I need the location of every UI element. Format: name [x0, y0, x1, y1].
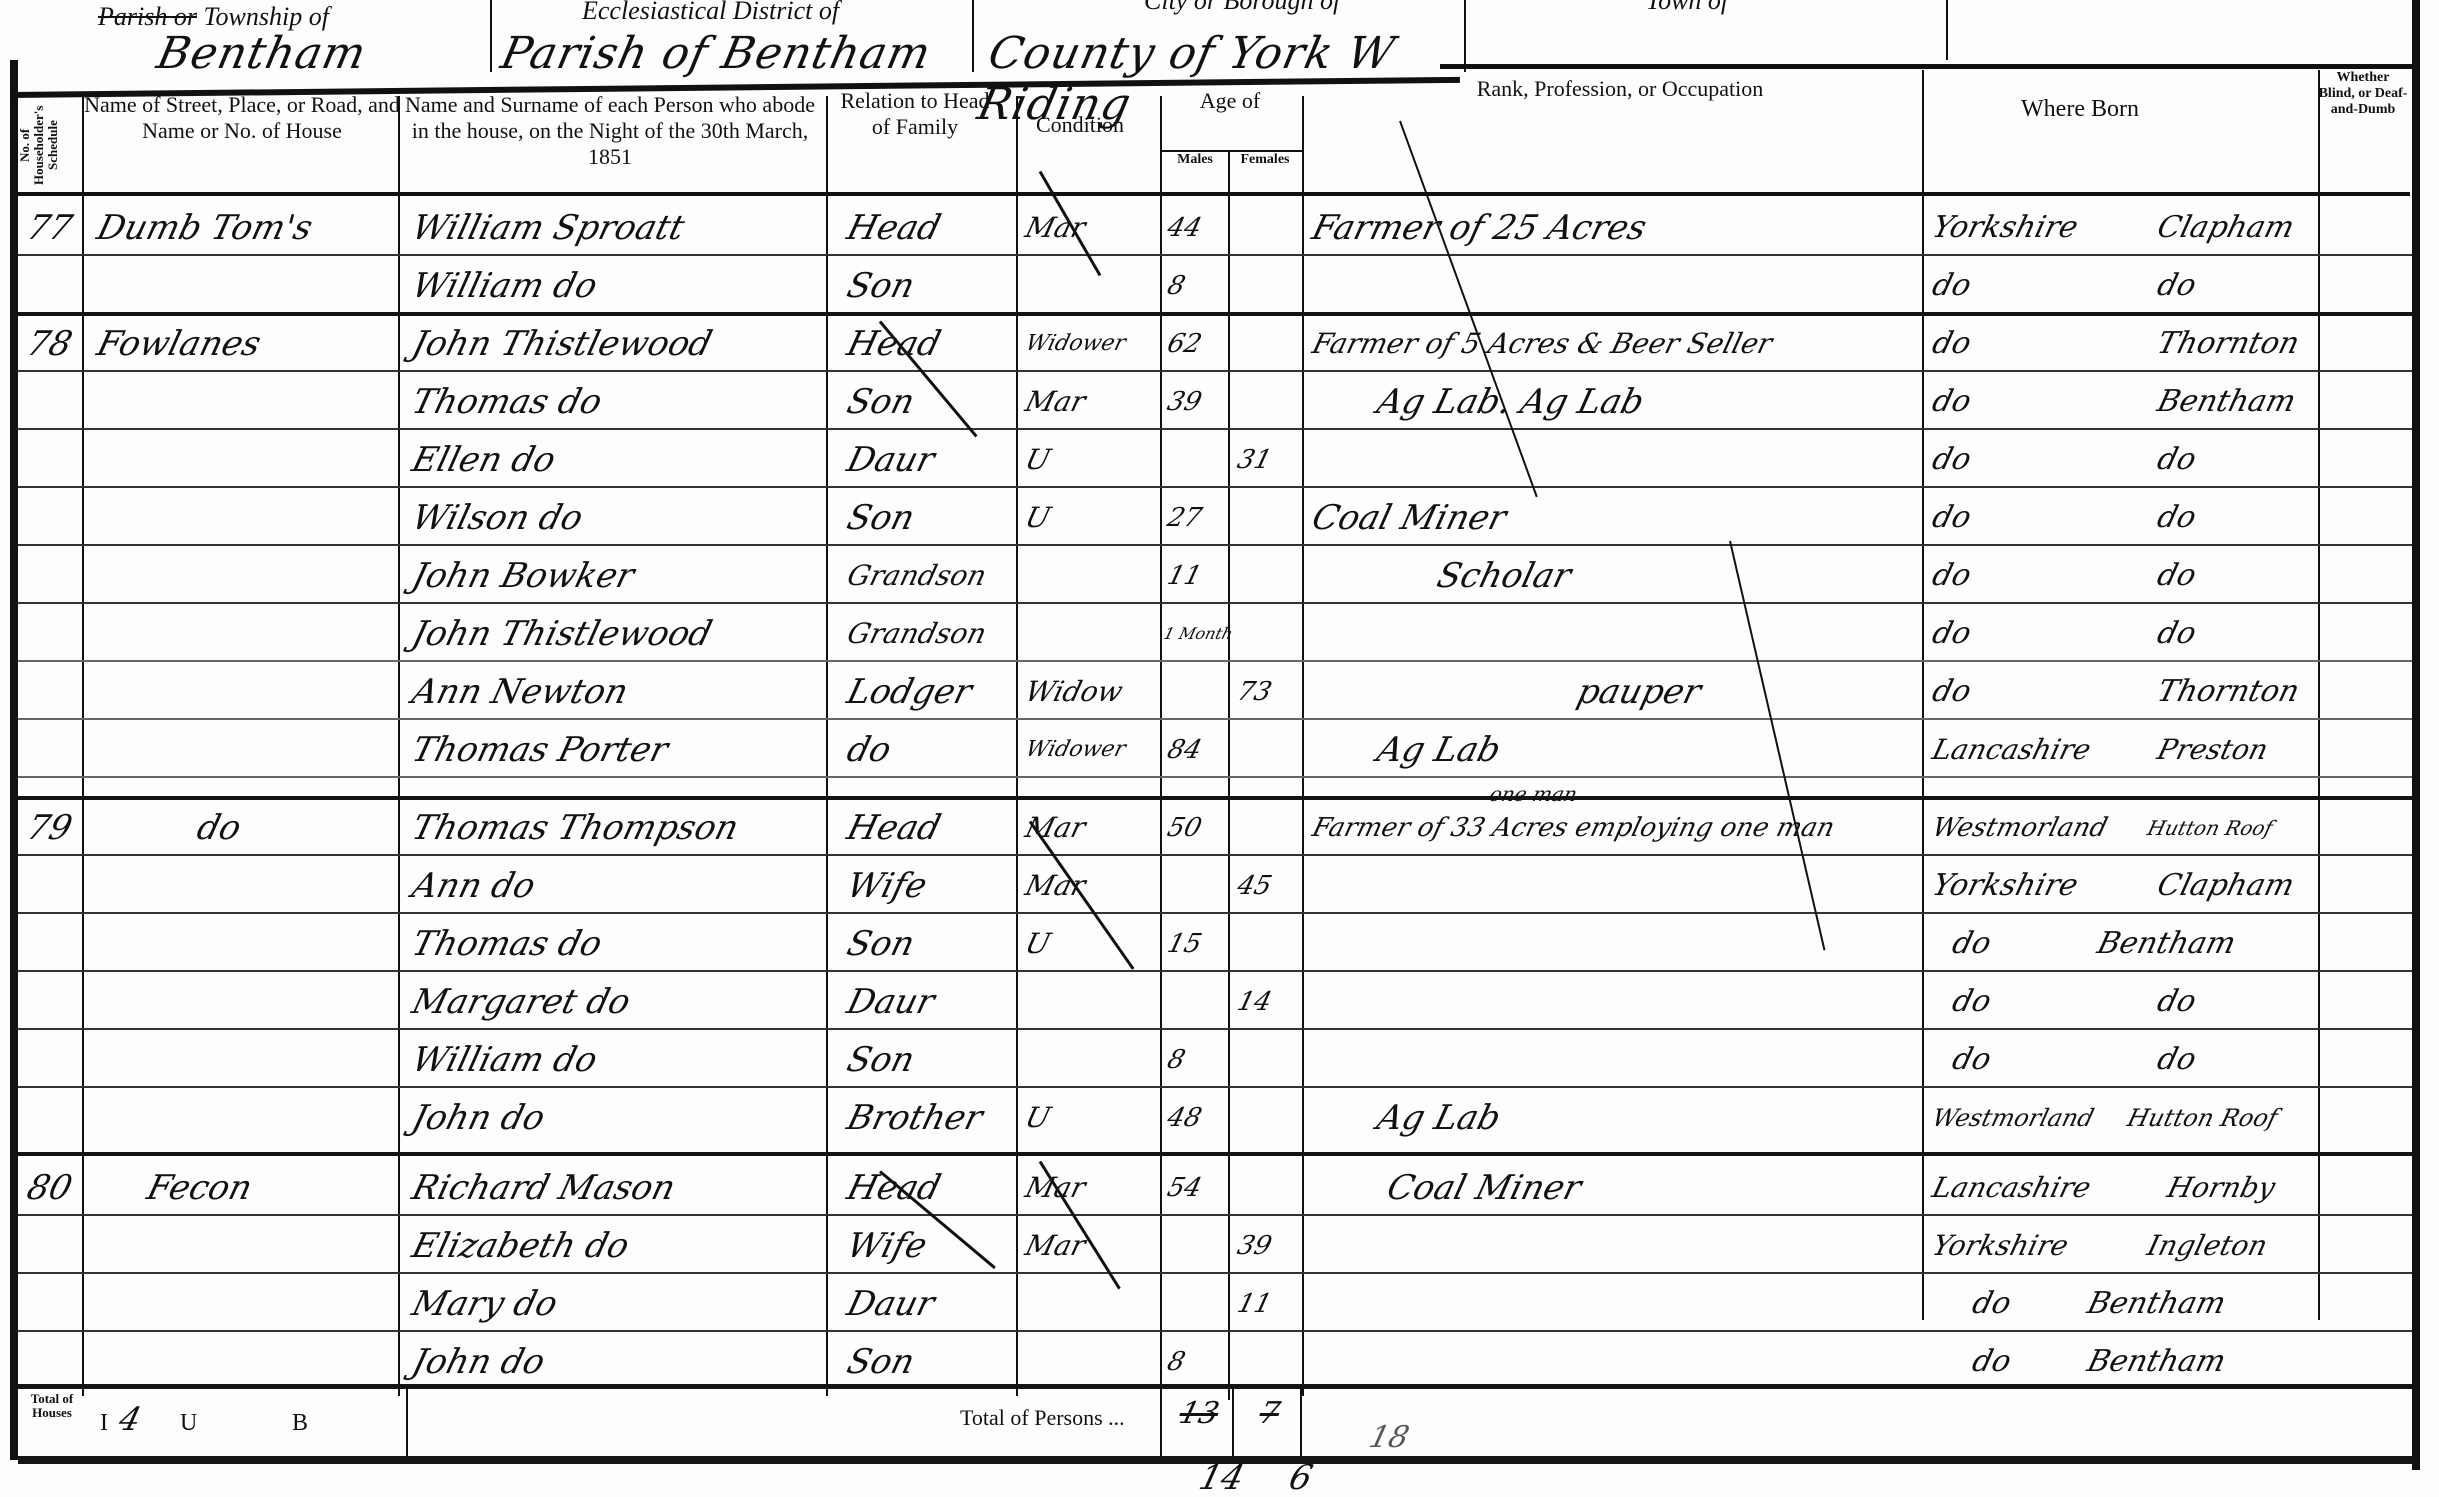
occupation: Scholar [1431, 548, 1577, 604]
birth-county: do [1926, 316, 1977, 372]
age-female: 39 [1231, 1218, 1278, 1274]
birth-parish: Bentham [2151, 374, 2302, 430]
street-name [91, 722, 105, 778]
row-rule [18, 1214, 2412, 1216]
town-label: Town of [1646, 0, 1728, 16]
birth-county: Westmorland [1926, 800, 2114, 856]
person-name: Thomas do [406, 374, 608, 430]
page-frame-right [2412, 0, 2420, 1470]
condition [1019, 1334, 1033, 1390]
birth-parish: Bentham [2081, 1334, 2232, 1390]
table-row: Ann Newton Lodger Widow 73 pauper do Tho… [18, 664, 2412, 720]
relation: Son [841, 374, 921, 430]
birth-county: do [1926, 374, 1977, 430]
recount-total: 18 [1366, 1420, 1413, 1455]
row-rule [18, 660, 2412, 662]
table-row: John do Brother U 48 Ag Lab Westmorland … [18, 1090, 2412, 1146]
occupation: Farmer of 25 Acres [1306, 200, 1653, 256]
age-female [1231, 548, 1245, 604]
person-name: Wilson do [406, 490, 589, 546]
street-name [91, 858, 105, 914]
age-female: 14 [1231, 974, 1278, 1030]
recount-males: 14 [1195, 1458, 1248, 1497]
age-male: 44 [1161, 200, 1208, 256]
occupation [1306, 432, 1320, 488]
birth-parish: do [2151, 1032, 2202, 1088]
birth-county: Yorkshire [1926, 1218, 2075, 1274]
condition: Mar [1019, 800, 1092, 856]
table-row: Mary do Daur 11 do Bentham [18, 1276, 2412, 1332]
person-name: Ann do [406, 858, 541, 914]
row-rule [18, 1272, 2412, 1274]
occupation [1306, 1218, 1320, 1274]
city-label: City or Borough of [1144, 0, 1340, 16]
condition: Mar [1019, 858, 1092, 914]
table-row: William do Son 8 do do [18, 258, 2412, 314]
relation: Grandson [841, 548, 993, 604]
relation: Daur [841, 1276, 941, 1332]
birth-parish: do [2151, 974, 2202, 1030]
ecclesiastical-box: Ecclesiastical District of Parish of Ben… [492, 0, 972, 70]
inhabited-count: 4 [115, 1400, 145, 1438]
street-name [91, 1032, 105, 1088]
township-box: Parish or Township of Bentham [18, 0, 488, 70]
township-label: Township of [203, 2, 328, 31]
occupation [1306, 606, 1320, 662]
street-name: do [191, 800, 247, 856]
occupation-header: Rank, Profession, or Occupation [1420, 76, 1820, 176]
census-page: Parish or Township of Bentham Ecclesiast… [0, 0, 2439, 1497]
table-row: Ann do Wife Mar 45 Yorkshire Clapham [18, 858, 2412, 914]
relation: Son [841, 916, 921, 972]
table-row: Thomas do Son Mar 39 Ag Lab. Ag Lab do B… [18, 374, 2412, 430]
schedule-number [21, 1218, 35, 1274]
divider [1946, 0, 1948, 60]
occupation: Ag Lab [1371, 722, 1507, 778]
birth-county: do [1946, 916, 1997, 972]
relation: Head [841, 200, 947, 256]
age-male: 39 [1161, 374, 1208, 430]
street-name: Fowlanes [91, 316, 267, 372]
occupation: Ag Lab [1371, 1090, 1507, 1146]
condition [1019, 1276, 1033, 1332]
occupation [1306, 1334, 1320, 1390]
divider [1160, 1388, 1162, 1458]
relation: Head [841, 800, 947, 856]
person-name: Mary do [406, 1276, 564, 1332]
age-male: 27 [1161, 490, 1208, 546]
relation: do [841, 722, 897, 778]
row-rule [18, 1330, 2412, 1332]
relation: Son [841, 490, 921, 546]
birth-county: do [1926, 548, 1977, 604]
street-name [91, 916, 105, 972]
person-name: Thomas Thompson [406, 800, 745, 856]
condition [1019, 548, 1033, 604]
occupation [1306, 258, 1320, 314]
household-rule [18, 312, 2412, 316]
birth-county: Lancashire [1926, 722, 2097, 778]
page-frame-left [10, 60, 18, 1460]
schedule-number: 77 [21, 200, 78, 256]
age-male [1161, 432, 1175, 488]
person-name: John do [406, 1090, 551, 1146]
person-name: Ann Newton [406, 664, 634, 720]
town-box: Town of [1466, 0, 1946, 70]
relation-header: Relation to Head of Family [830, 88, 1000, 188]
age-male [1161, 1276, 1175, 1332]
birth-county: do [1926, 664, 1977, 720]
household-rule [18, 1152, 2412, 1156]
schedule-number [21, 1276, 35, 1332]
condition: U [1019, 490, 1057, 546]
relation: Son [841, 1032, 921, 1088]
schedule-number [21, 916, 35, 972]
occupation [1306, 858, 1320, 914]
total-houses-label: Total of Houses [22, 1392, 82, 1420]
occupation-annotation: one man [1487, 782, 1580, 806]
relation: Grandson [841, 606, 993, 662]
birth-parish: Clapham [2151, 858, 2300, 914]
street-name: Dumb Tom's [91, 200, 318, 256]
building-prefix: B [292, 1410, 308, 1437]
schedule-number [21, 606, 35, 662]
age-female: 11 [1231, 1276, 1278, 1332]
table-row: John do Son 8 do Bentham [18, 1334, 2412, 1390]
township-label-struck: Parish or [98, 2, 197, 31]
age-female [1231, 1334, 1245, 1390]
age-female [1231, 200, 1245, 256]
age-female [1231, 490, 1245, 546]
age-male: 8 [1161, 1032, 1192, 1088]
person-name: Richard Mason [406, 1160, 681, 1216]
street-header: Name of Street, Place, or Road, and Name… [82, 92, 402, 192]
total-males: 13 [1176, 1396, 1223, 1431]
street-name [91, 974, 105, 1030]
age-male: 11 [1161, 548, 1208, 604]
age-male: 54 [1161, 1160, 1208, 1216]
condition: Mar [1019, 200, 1092, 256]
birth-county: Yorkshire [1926, 858, 2084, 914]
schedule-number [21, 1090, 35, 1146]
condition [1019, 1032, 1033, 1088]
relation: Head [841, 316, 947, 372]
street-name [91, 258, 105, 314]
relation: Head [841, 1160, 947, 1216]
relation: Daur [841, 432, 941, 488]
row-rule [18, 370, 2412, 372]
row-rule [18, 776, 2412, 778]
age-female: 45 [1231, 858, 1278, 914]
person-name: William Sproatt [406, 200, 691, 256]
age-male: 8 [1161, 1334, 1192, 1390]
schedule-number: 79 [21, 800, 78, 856]
birth-county: do [1926, 258, 1977, 314]
person-name: Margaret do [406, 974, 636, 1030]
condition [1019, 606, 1033, 662]
table-row: John Thistlewood Grandson 1 Month do do [18, 606, 2412, 662]
row-rule [18, 912, 2412, 914]
row-rule [18, 428, 2412, 430]
person-name: Thomas Porter [406, 722, 674, 778]
street-name [91, 548, 105, 604]
birth-county: do [1946, 974, 1997, 1030]
street-name [91, 1090, 105, 1146]
row-rule [18, 854, 2412, 856]
occupation [1306, 974, 1320, 1030]
age-female [1231, 916, 1245, 972]
schedule-number [21, 858, 35, 914]
age-female [1231, 374, 1245, 430]
birth-parish: do [2151, 548, 2202, 604]
condition: U [1019, 432, 1057, 488]
birth-parish: Bentham [2091, 916, 2242, 972]
condition [1019, 258, 1033, 314]
row-rule [18, 1028, 2412, 1030]
divider [406, 1388, 408, 1458]
age-female [1231, 1090, 1245, 1146]
table-row: Wilson do Son U 27 Coal Miner do do [18, 490, 2412, 546]
birth-parish: Bentham [2081, 1276, 2232, 1332]
condition: Widower [1019, 316, 1132, 372]
table-row: William do Son 8 do do [18, 1032, 2412, 1088]
occupation: Farmer of 33 Acres employing one man [1306, 800, 1841, 856]
age-male [1161, 858, 1175, 914]
birth-parish: do [2151, 258, 2202, 314]
condition: U [1019, 1090, 1057, 1146]
street-name [91, 432, 105, 488]
birth-parish: Clapham [2151, 200, 2300, 256]
occupation [1306, 1276, 1320, 1332]
household-rule [18, 796, 2412, 800]
birth-parish: Hornby [2161, 1160, 2281, 1216]
street-name [91, 1218, 105, 1274]
birth-county: do [1926, 490, 1977, 546]
birth-parish: Hutton Roof [2141, 800, 2279, 856]
relation: Lodger [841, 664, 978, 720]
person-name: Thomas do [406, 916, 608, 972]
township-value: Bentham [153, 28, 372, 79]
row-rule [18, 718, 2412, 720]
person-name: John Thistlewood [406, 606, 718, 662]
age-female: 31 [1231, 432, 1278, 488]
birth-county: Westmorland [1926, 1090, 2100, 1146]
age-male: 84 [1161, 722, 1208, 778]
birth-county: do [1966, 1276, 2017, 1332]
table-row: 78 Fowlanes John Thistlewood Head Widowe… [18, 316, 2412, 372]
birth-county: do [1946, 1032, 1997, 1088]
condition: Mar [1019, 374, 1092, 430]
occupation: Farmer of 5 Acres & Beer Seller [1306, 316, 1778, 372]
age-male: 48 [1161, 1090, 1208, 1146]
age-female [1231, 722, 1245, 778]
birth-county: do [1966, 1334, 2017, 1390]
row-rule [18, 544, 2412, 546]
age-male: 50 [1161, 800, 1208, 856]
birth-parish: Preston [2151, 722, 2274, 778]
age-female [1231, 258, 1245, 314]
person-name: John do [406, 1334, 551, 1390]
city-box: City or Borough of County of York W Ridi… [974, 0, 1464, 70]
age-female [1231, 800, 1245, 856]
table-row: Elizabeth do Wife Mar 39 Yorkshire Ingle… [18, 1218, 2412, 1274]
row-rule [18, 602, 2412, 604]
blind-header: Whether Blind, or Deaf-and-Dumb [2318, 70, 2408, 170]
schedule-number [21, 374, 35, 430]
street-name: Fecon [141, 1160, 258, 1216]
divider [1300, 1388, 1302, 1458]
street-name [91, 1334, 105, 1390]
row-rule [18, 970, 2412, 972]
occupation [1306, 1032, 1320, 1088]
birth-parish: Hutton Roof [2121, 1090, 2284, 1146]
table-row: Thomas Porter do Widower 84 Ag Lab Lanca… [18, 722, 2412, 778]
header-rule [1440, 64, 2420, 69]
age-male [1161, 1218, 1175, 1274]
street-name [91, 374, 105, 430]
schedule-number [21, 664, 35, 720]
table-row: 80 Fecon Richard Mason Head Mar 54 Coal … [18, 1160, 2412, 1216]
person-name: William do [406, 258, 603, 314]
row-rule [18, 254, 2412, 256]
birth-parish: Ingleton [2141, 1218, 2274, 1274]
schedule-number [21, 432, 35, 488]
age-male: 1 Month [1157, 606, 1239, 662]
age-female [1231, 316, 1245, 372]
table-row: Margaret do Daur 14 do do [18, 974, 2412, 1030]
ecclesiastical-value: Parish of Bentham [497, 28, 936, 79]
age-female [1231, 1160, 1245, 1216]
occupation: Coal Miner [1381, 1160, 1587, 1216]
street-name [91, 1276, 105, 1332]
birth-county: do [1926, 606, 1977, 662]
schedule-no-header: No. of Householder's Schedule [18, 100, 78, 190]
age-male [1161, 974, 1175, 1030]
person-name: John Thistlewood [406, 316, 718, 372]
row-rule [18, 486, 2412, 488]
age-male: 62 [1161, 316, 1208, 372]
relation: Daur [841, 974, 941, 1030]
street-name [91, 664, 105, 720]
age-female: 73 [1231, 664, 1278, 720]
birth-parish: do [2151, 432, 2202, 488]
person-name: Elizabeth do [406, 1218, 635, 1274]
row-rule [18, 1086, 2412, 1088]
street-name [91, 606, 105, 662]
table-row: Thomas do Son U 15 do Bentham [18, 916, 2412, 972]
total-persons-label: Total of Persons ... [960, 1405, 1125, 1431]
age-male [1161, 664, 1175, 720]
birth-parish: do [2151, 490, 2202, 546]
schedule-number [21, 1032, 35, 1088]
table-row: 77 Dumb Tom's William Sproatt Head Mar 4… [18, 200, 2412, 256]
schedule-number: 80 [21, 1160, 78, 1216]
occupation: Coal Miner [1306, 490, 1512, 546]
birth-county: do [1926, 432, 1977, 488]
schedule-number [21, 490, 35, 546]
schedule-number [21, 1334, 35, 1390]
divider [1232, 1388, 1234, 1458]
relation: Wife [841, 1218, 933, 1274]
table-row: Ellen do Daur U 31 do do [18, 432, 2412, 488]
age-male: 15 [1161, 916, 1208, 972]
birth-parish: Thornton [2151, 664, 2305, 720]
birth-parish: Thornton [2151, 316, 2305, 372]
schedule-number [21, 722, 35, 778]
relation: Wife [841, 858, 933, 914]
table-row: John Bowker Grandson 11 Scholar do do [18, 548, 2412, 604]
street-name [91, 490, 105, 546]
schedule-number: 78 [21, 316, 78, 372]
relation: Brother [841, 1090, 989, 1146]
condition-header: Condition [1010, 112, 1150, 212]
occupation: pauper [1571, 664, 1707, 720]
schedule-number [21, 258, 35, 314]
inhabited-prefix: I [100, 1410, 108, 1437]
ecclesiastical-label: Ecclesiastical District of [582, 0, 839, 26]
total-females: 7 [1256, 1396, 1284, 1431]
condition: U [1019, 916, 1057, 972]
birth-county: Yorkshire [1926, 200, 2084, 256]
header-bottom-rule [10, 192, 2410, 196]
person-name: Ellen do [406, 432, 562, 488]
condition [1019, 974, 1033, 1030]
totals-top-rule [18, 1384, 2412, 1389]
relation: Son [841, 258, 921, 314]
schedule-number [21, 548, 35, 604]
name-header: Name and Surname of each Person who abod… [400, 92, 820, 192]
condition: Widower [1019, 722, 1132, 778]
uninhabited-prefix: U [180, 1410, 197, 1437]
person-name: William do [406, 1032, 603, 1088]
age-male: 8 [1161, 258, 1192, 314]
birthplace-header: Where Born [1930, 96, 2230, 196]
age-subrule [1160, 150, 1302, 152]
person-name: John Bowker [406, 548, 640, 604]
relation: Son [841, 1334, 921, 1390]
birth-county: Lancashire [1926, 1160, 2097, 1216]
birth-parish: do [2151, 606, 2202, 662]
condition: Widow [1019, 664, 1129, 720]
table-row: 79 do Thomas Thompson Head Mar 50 Farmer… [18, 800, 2412, 856]
age-female [1231, 1032, 1245, 1088]
occupation [1306, 916, 1320, 972]
schedule-number [21, 974, 35, 1030]
